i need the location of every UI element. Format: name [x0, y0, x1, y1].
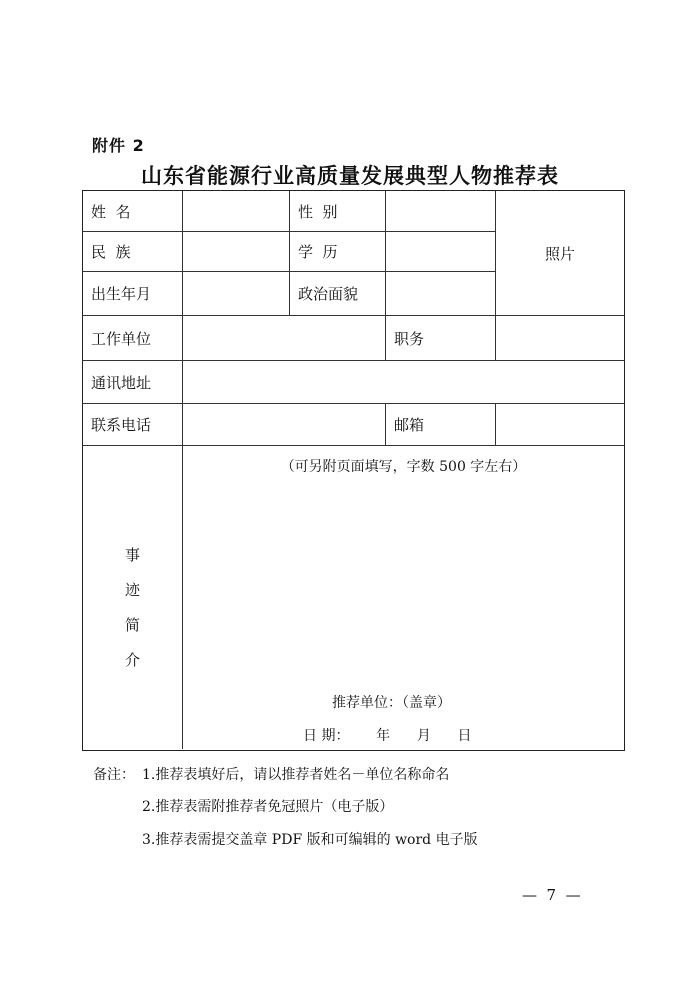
- deeds-label-char: 迹: [125, 573, 140, 608]
- employer-label: 工作单位: [83, 316, 182, 360]
- gender-label: 性 别: [290, 191, 385, 231]
- recommender-seal-line: 推荐单位：（盖章）: [332, 692, 451, 712]
- photo-box[interactable]: 照片: [496, 191, 624, 315]
- ethnicity-field[interactable]: [183, 232, 289, 271]
- employer-field[interactable]: [183, 316, 385, 360]
- email-field[interactable]: [496, 404, 624, 445]
- email-label: 邮箱: [386, 404, 495, 445]
- recommendation-form-table: 姓 名 性 别 照片 民 族 学 历 出生年月 政治面貌 工作单位 职务 通讯地…: [82, 190, 625, 751]
- attachment-label: 附件 2: [92, 133, 145, 156]
- document-title: 山东省能源行业高质量发展典型人物推荐表: [0, 160, 700, 190]
- notes-prefix: 备注：: [93, 764, 135, 784]
- name-label: 姓 名: [83, 191, 182, 231]
- note-item: 1.推荐表填好后，请以推荐者姓名－单位名称命名: [142, 764, 449, 784]
- ethnicity-label: 民 族: [83, 232, 182, 271]
- birth-label: 出生年月: [83, 272, 182, 315]
- deeds-field[interactable]: （可另附页面填写，字数 500 字左右） 推荐单位：（盖章） 日 期： 年 月 …: [183, 446, 624, 749]
- name-field[interactable]: [183, 191, 289, 231]
- photo-label: 照片: [545, 243, 575, 264]
- page-number: — 7 —: [522, 886, 581, 904]
- phone-label: 联系电话: [83, 404, 182, 445]
- education-label: 学 历: [290, 232, 385, 271]
- phone-field[interactable]: [183, 404, 385, 445]
- political-status-field[interactable]: [386, 272, 495, 315]
- position-field[interactable]: [496, 316, 624, 360]
- birth-field[interactable]: [183, 272, 289, 315]
- note-item: 3.推荐表需提交盖章 PDF 版和可编辑的 word 电子版: [142, 829, 478, 849]
- deeds-hint: （可另附页面填写，字数 500 字左右）: [183, 456, 624, 476]
- deeds-label-char: 简: [125, 608, 140, 643]
- date-line: 日 期： 年 月 日: [303, 725, 472, 745]
- deeds-label: 事 迹 简 介: [83, 446, 182, 749]
- note-item: 2.推荐表需附推荐者免冠照片（电子版）: [142, 796, 393, 816]
- political-status-label: 政治面貌: [290, 272, 385, 315]
- deeds-label-char: 事: [125, 538, 140, 573]
- gender-field[interactable]: [386, 191, 495, 231]
- position-label: 职务: [386, 316, 495, 360]
- address-field[interactable]: [183, 361, 624, 403]
- address-label: 通讯地址: [83, 361, 182, 403]
- education-field[interactable]: [386, 232, 495, 271]
- deeds-label-char: 介: [125, 643, 140, 678]
